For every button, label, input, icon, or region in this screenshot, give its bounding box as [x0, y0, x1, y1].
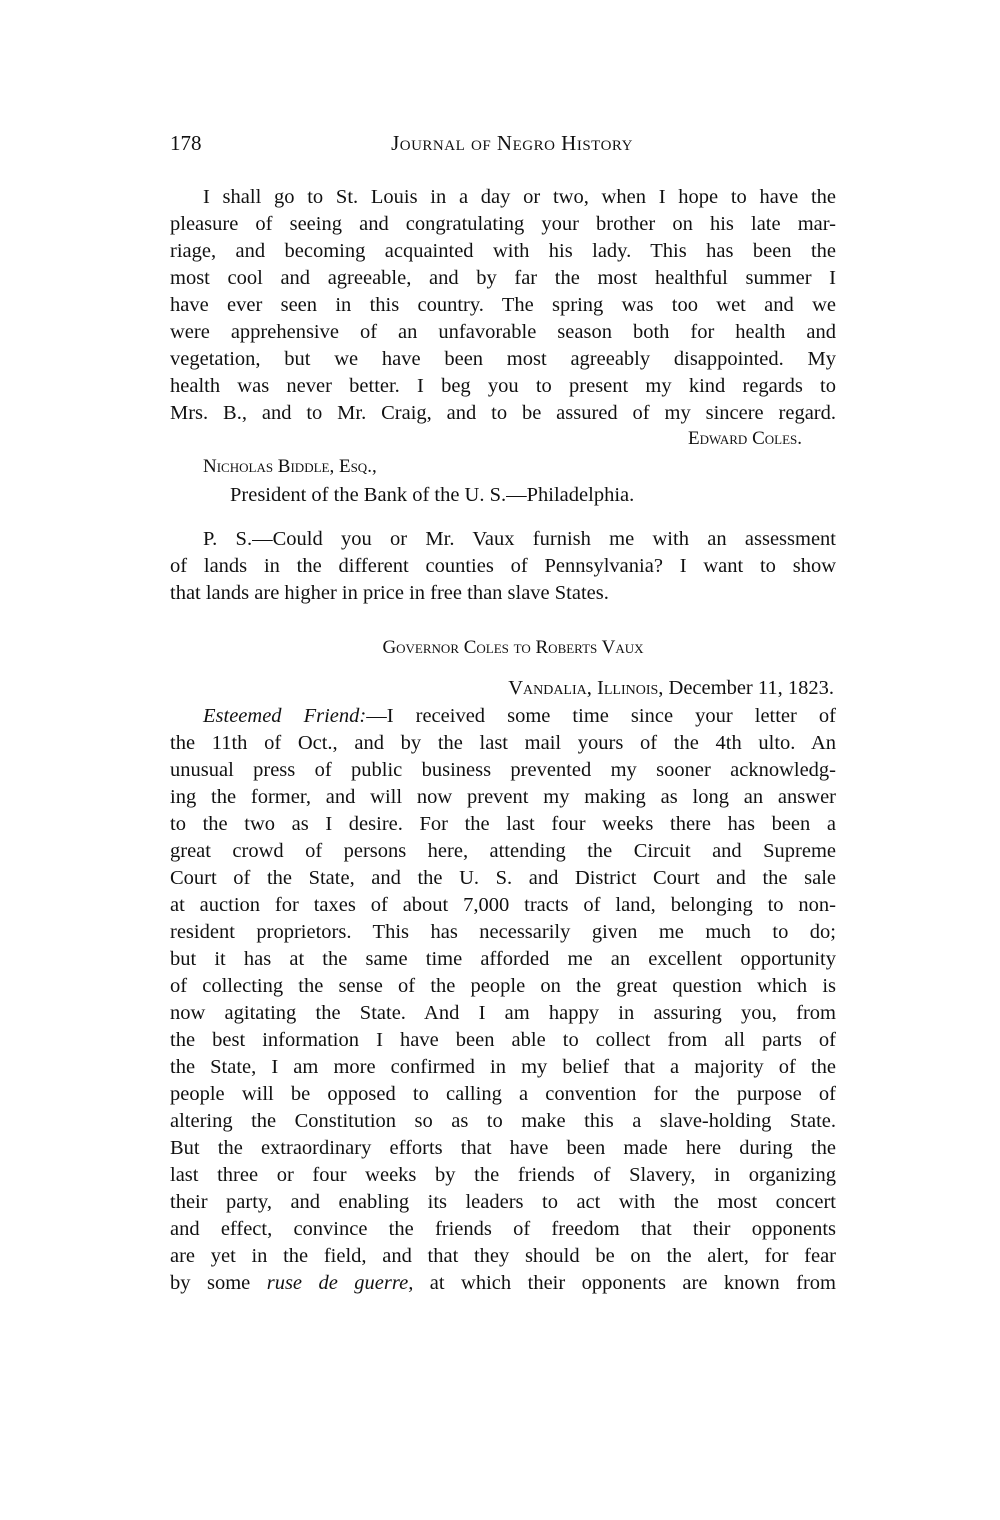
body-line: at auction for taxes of about 7,000 trac…: [170, 892, 836, 918]
body-line: but it has at the same time afforded me …: [170, 946, 836, 972]
letter-heading: Governor Coles to Roberts Vaux: [180, 635, 846, 661]
text-run: at which their opponents are known from: [413, 1272, 836, 1294]
body-line: of collecting the sense of the people on…: [170, 973, 836, 999]
running-title: Journal of Negro History: [170, 131, 836, 156]
body-line: great crowd of persons here, attending t…: [170, 838, 836, 864]
body-line: people will be opposed to calling a conv…: [170, 1081, 836, 1107]
postscript-line: that lands are higher in price in free t…: [170, 580, 836, 606]
body-line: I shall go to St. Louis in a day or two,…: [203, 184, 836, 210]
text-run: by some: [170, 1272, 267, 1294]
page-header: 178 Journal of Negro History: [170, 131, 836, 161]
postscript-line: P. S.—Could you or Mr. Vaux furnish me w…: [203, 526, 836, 552]
body-line: unusual press of public business prevent…: [170, 757, 836, 783]
body-line: Court of the State, and the U. S. and Di…: [170, 865, 836, 891]
signature: Edward Coles.: [170, 426, 802, 452]
body-line: to the two as I desire. For the last fou…: [170, 811, 836, 837]
body-line: most cool and agreeable, and by far the …: [170, 265, 836, 291]
postscript-line: of lands in the different counties of Pe…: [170, 553, 836, 579]
body-line: are yet in the field, and that they shou…: [170, 1243, 836, 1269]
dateline: Vandalia, Illinois, December 11, 1823.: [170, 675, 834, 701]
body-line: and effect, convince the friends of free…: [170, 1216, 836, 1242]
body-line: their party, and enabling its leaders to…: [170, 1189, 836, 1215]
salutation-line: Esteemed Friend:—I received some time si…: [203, 703, 836, 729]
addressee-name: Nicholas Biddle, Esq.,: [203, 454, 836, 480]
body-line: the best information I have been able to…: [170, 1027, 836, 1053]
body-line: health was never better. I beg you to pr…: [170, 373, 836, 399]
body-line: altering the Constitution so as to make …: [170, 1108, 836, 1134]
body-line: the 11th of Oct., and by the last mail y…: [170, 730, 836, 756]
dateline-place: Vandalia, Illinois,: [508, 677, 663, 699]
body-line: resident proprietors. This has necessari…: [170, 919, 836, 945]
italic-phrase: ruse de guerre,: [267, 1272, 414, 1294]
body-line: the State, I am more confirmed in my bel…: [170, 1054, 836, 1080]
body-line: riage, and becoming acquainted with his …: [170, 238, 836, 264]
body-line: But the extraordinary efforts that have …: [170, 1135, 836, 1161]
addressee-title: President of the Bank of the U. S.—Phila…: [230, 482, 830, 508]
body-line-last: by some ruse de guerre, at which their o…: [170, 1270, 836, 1296]
salutation-rest: —I received some time since your letter …: [366, 705, 836, 727]
body-line: have ever seen in this country. The spri…: [170, 292, 836, 318]
body-line: vegetation, but we have been most agreea…: [170, 346, 836, 372]
body-line: now agitating the State. And I am happy …: [170, 1000, 836, 1026]
dateline-date: December 11, 1823.: [669, 677, 834, 699]
salutation: Esteemed Friend:: [203, 705, 366, 727]
body-line: Mrs. B., and to Mr. Craig, and to be ass…: [170, 400, 836, 426]
body-line: pleasure of seeing and congratulating yo…: [170, 211, 836, 237]
body-line: were apprehensive of an unfavorable seas…: [170, 319, 836, 345]
body-line: last three or four weeks by the friends …: [170, 1162, 836, 1188]
body-line: ing the former, and will now prevent my …: [170, 784, 836, 810]
